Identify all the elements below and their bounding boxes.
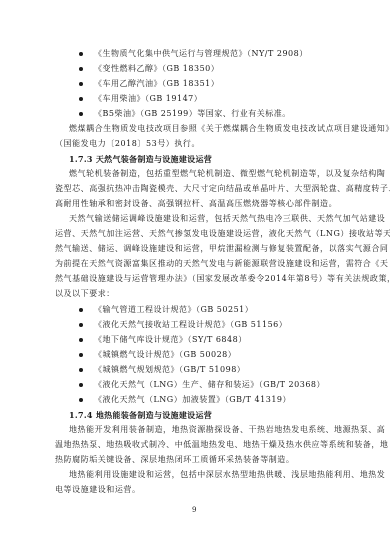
section-heading: 1.7.3 天然气装备制造与设施建设运营 — [69, 154, 212, 164]
bullet-icon — [79, 67, 83, 71]
section-heading: 1.7.4 地热能装备制造与设施建设运营 — [69, 410, 212, 420]
paragraph-line: 电等设施建设和运营。 — [55, 485, 141, 495]
standard-reference: 《变性燃料乙醇》（GB 18350） — [94, 64, 219, 74]
paragraph-line: 天然气输送储运调峰设施建设和运营，包括天然气热电冷三联供、天然气加气站建设 — [69, 214, 385, 224]
bullet-icon — [79, 97, 83, 101]
paragraph-line: 热防腐防垢关键设备、深层地热闭环工质循环采热装备等制造。 — [55, 455, 294, 465]
paragraph-line: 地热能利用设施建设和运营，包括中深层水热型地热供暖、浅层地热能利用、地热发 — [69, 470, 385, 480]
paragraph-line: （国能发电力〔2018〕53号）执行。 — [55, 139, 200, 149]
paragraph-line: 高耐用性轴承和密封设备、高强钢拉杆、高温高压燃烧器等核心部件制造。 — [55, 199, 337, 209]
bullet-icon — [79, 368, 83, 372]
standard-reference: 《城镇燃气设计规范》（GB 50028） — [94, 350, 236, 360]
bullet-icon — [79, 383, 83, 387]
standard-reference: 《车用柴油》（GB 19147） — [94, 94, 202, 104]
paragraph-line: 然气基础设施建设与运营管理办法》（国家发展改革委令2014年第8号）等有关法规政… — [55, 274, 390, 284]
standard-reference: 《液化天然气接收站工程设计规范》（GB 51156） — [94, 320, 287, 330]
bullet-icon — [79, 112, 83, 116]
bullet-icon — [79, 353, 83, 357]
bullet-icon — [79, 52, 83, 56]
paragraph-line: 燃气轮机装备制造，包括重型燃气轮机制造、微型燃气轮机制造等，以及复杂结构陶 — [69, 169, 385, 179]
standard-reference: 《生物质气化集中供气运行与管理规范》（NY/T 2908） — [94, 49, 308, 59]
bullet-icon — [79, 323, 83, 327]
bullet-icon — [79, 308, 83, 312]
bullet-icon — [79, 82, 83, 86]
paragraph-line: 然气输送、储运、调峰设施建设和运营，甲烷泄漏检测与修复装置配备，以落实气源合同 — [55, 244, 388, 254]
standard-reference: 《液化天然气（LNG）生产、储存和装运》（GB/T 20368） — [94, 380, 325, 390]
standard-reference: 《地下储气库设计规范》（SY/T 6848） — [94, 335, 247, 345]
standard-reference: 《城镇燃气规划规范》（GB/T 51098） — [94, 365, 245, 375]
bullet-icon — [79, 398, 83, 402]
bullet-icon — [79, 338, 83, 342]
paragraph-line: 燃煤耦合生物质发电技改项目参照《关于燃煤耦合生物质发电技改试点项目建设通知》 — [69, 124, 390, 134]
paragraph-line: 以及以下要求： — [55, 289, 115, 299]
standard-reference: 《B5柴油》（GB 25199）等国家、行业有关标准。 — [94, 109, 291, 119]
standard-reference: 《液化天然气（LNG）加液装置》（GB/T 41319） — [94, 395, 291, 405]
standard-reference: 《输气管道工程设计规范》（GB 50251） — [94, 305, 253, 315]
page-number: 9 — [192, 506, 196, 515]
paragraph-line: 温地热热泵、地热吸收式制冷、中低温地热发电、地热干燥及热水供应等系统和装备，地 — [55, 440, 388, 450]
paragraph-line: 运营、天然气加注运营、天然气掺氢发电设施建设运营，液化天然气（LNG）接收站等天 — [55, 229, 390, 239]
standard-reference: 《车用乙醇汽油》（GB 18351） — [94, 79, 219, 89]
paragraph-line: 瓷型芯、高强抗热冲击陶瓷模壳、大尺寸定向结晶或单晶叶片、大型涡轮盘、高精度转子、 — [55, 184, 390, 194]
paragraph-line: 为前提在天然气资源富集区推动的天然气发电与新能源联营设施建设和运营，需符合《天 — [55, 259, 388, 269]
paragraph-line: 地热能开发利用装备制造，地热资源勘探设备、干热岩地热发电系统、地源热泵、高 — [69, 425, 385, 435]
document-page: 《生物质气化集中供气运行与管理规范》（NY/T 2908） 《变性燃料乙醇》（G… — [0, 0, 390, 551]
